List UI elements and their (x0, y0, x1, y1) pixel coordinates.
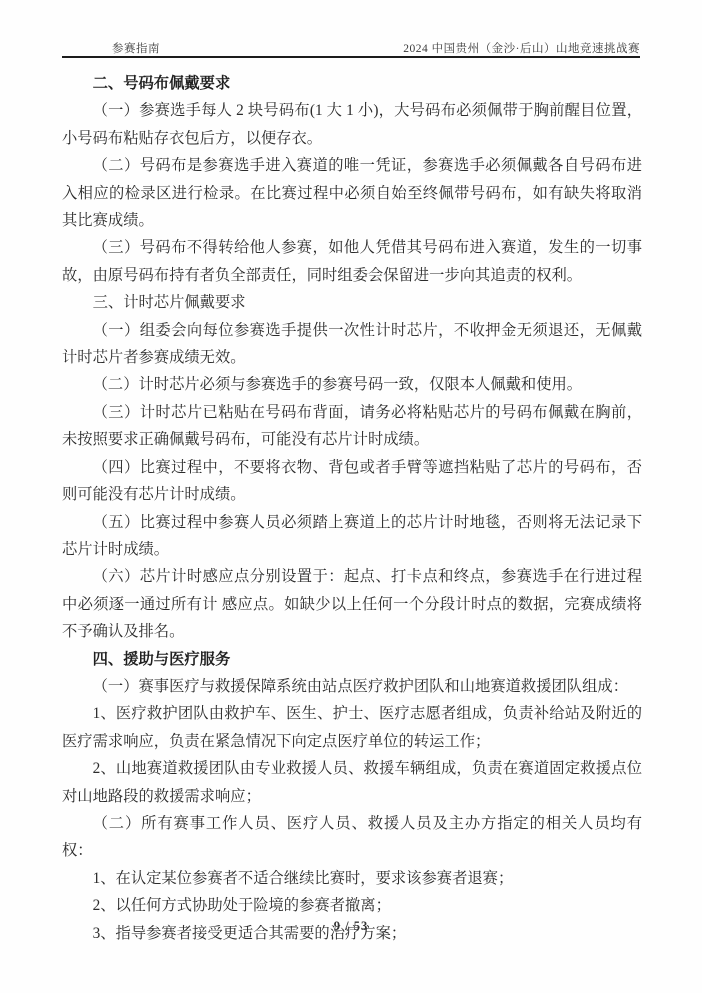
paragraph: （一）参赛选手每人 2 块号码布(1 大 1 小)，大号码布必须佩带于胸前醒目位… (62, 97, 642, 152)
section-heading-2: 二、号码布佩戴要求 (62, 70, 642, 97)
paragraph: （六）芯片计时感应点分别设置于：起点、打卡点和终点，参赛选手在行进过程中必须逐一… (62, 563, 642, 645)
header-divider (62, 56, 640, 58)
paragraph: （二）所有赛事工作人员、医疗人员、救援人员及主办方指定的相关人员均有权： (62, 810, 642, 865)
page-footer-number: 9 / 53 (0, 919, 702, 934)
paragraph: （一）赛事医疗与救援保障系统由站点医疗救护团队和山地赛道救援团队组成： (62, 673, 642, 700)
page-header: 参赛指南 2024 中国贵州（金沙·后山）山地竞速挑战赛 (62, 40, 640, 56)
section-heading-3: 三、计时芯片佩戴要求 (62, 289, 642, 316)
paragraph: （四）比赛过程中，不要将衣物、背包或者手臂等遮挡粘贴了芯片的号码布，否则可能没有… (62, 454, 642, 509)
section-heading-4: 四、援助与医疗服务 (62, 646, 642, 673)
paragraph: 1、在认定某位参赛者不适合继续比赛时，要求该参赛者退赛； (62, 865, 642, 892)
paragraph: （二）号码布是参赛选手进入赛道的唯一凭证，参赛选手必须佩戴各自号码布进入相应的检… (62, 152, 642, 234)
paragraph: 1、医疗救护团队由救护车、医生、护士、医疗志愿者组成，负责补给站及附近的医疗需求… (62, 700, 642, 755)
document-body: 二、号码布佩戴要求 （一）参赛选手每人 2 块号码布(1 大 1 小)，大号码布… (62, 70, 642, 947)
paragraph: 2、以任何方式协助处于险境的参赛者撤离； (62, 892, 642, 919)
paragraph: （三）计时芯片已粘贴在号码布背面，请务必将粘贴芯片的号码布佩戴在胸前，未按照要求… (62, 399, 642, 454)
paragraph: 2、山地赛道救援团队由专业救援人员、救援车辆组成，负责在赛道固定救援点位对山地路… (62, 755, 642, 810)
document-page: 参赛指南 2024 中国贵州（金沙·后山）山地竞速挑战赛 二、号码布佩戴要求 （… (0, 0, 702, 993)
paragraph: （二）计时芯片必须与参赛选手的参赛号码一致，仅限本人佩戴和使用。 (62, 371, 642, 398)
paragraph: （三）号码布不得转给他人参赛，如他人凭借其号码布进入赛道，发生的一切事故，由原号… (62, 234, 642, 289)
paragraph: （五）比赛过程中参赛人员必须踏上赛道上的芯片计时地毯，否则将无法记录下芯片计时成… (62, 509, 642, 564)
header-right-title: 2024 中国贵州（金沙·后山）山地竞速挑战赛 (403, 40, 640, 56)
paragraph: （一）组委会向每位参赛选手提供一次性计时芯片，不收押金无须退还，无佩戴计时芯片者… (62, 317, 642, 372)
header-left-title: 参赛指南 (62, 40, 160, 56)
